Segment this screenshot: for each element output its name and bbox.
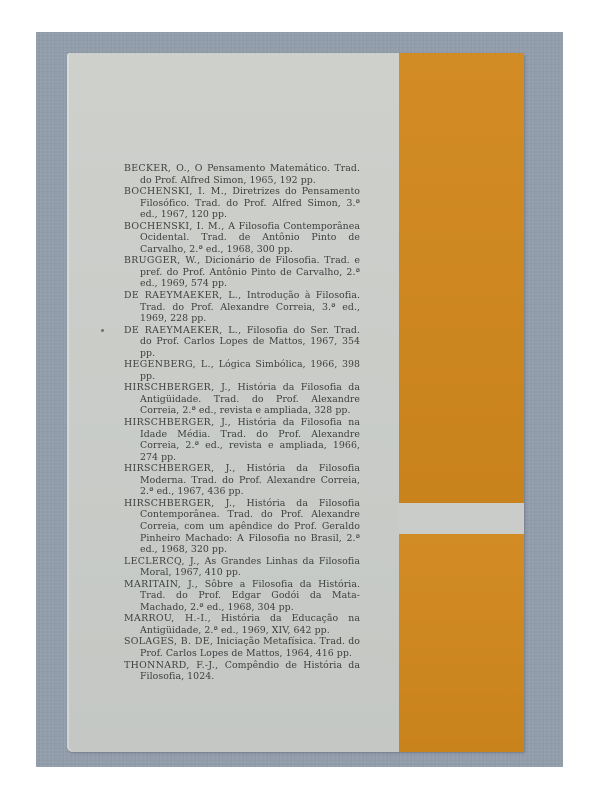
- entry-author: HEGENBERG, L.,: [124, 359, 214, 370]
- entry-author: MARROU, H.-I.,: [124, 613, 211, 624]
- book-catalog-list: BECKER, O., O Pensamento Matemático. Tra…: [124, 163, 360, 683]
- entry-author: HIRSCHBERGER, J.,: [124, 417, 231, 428]
- catalog-entry: DE RAEYMAEKER, L., Filosofia do Ser. Tra…: [124, 325, 360, 360]
- catalog-entry: HEGENBERG, L., Lógica Simbólica, 1966, 3…: [124, 359, 360, 382]
- catalog-entry: HIRSCHBERGER, J., História da Filosofia …: [124, 463, 360, 498]
- catalog-entry: LECLERCQ, J., As Grandes Linhas da Filos…: [124, 556, 360, 579]
- entry-author: BECKER, O.,: [124, 163, 190, 174]
- catalog-entry: SOLAGES, B. DE, Iniciação Metafísica. Tr…: [124, 636, 360, 659]
- entry-author: HIRSCHBERGER, J.,: [124, 498, 236, 509]
- entry-author: HIRSCHBERGER, J.,: [124, 463, 236, 474]
- entry-author: DE RAEYMAEKER, L.,: [124, 290, 241, 301]
- catalog-entry: DE RAEYMAEKER, L., Introdução à Filosofi…: [124, 290, 360, 325]
- catalog-entry: MARROU, H.-I., História da Educação na A…: [124, 613, 360, 636]
- speck-mark: [101, 329, 104, 332]
- entry-author: HIRSCHBERGER, J.,: [124, 382, 231, 393]
- catalog-entry: MARITAIN, J., Sôbre a Filosofia da Histó…: [124, 579, 360, 614]
- entry-author: LECLERCQ, J.,: [124, 556, 200, 567]
- catalog-entry: BOCHENSKI, I. M., A Filosofia Contemporâ…: [124, 221, 360, 256]
- entry-author: BOCHENSKI, I. M.,: [124, 221, 225, 232]
- orange-stripe-lower: [399, 534, 524, 752]
- entry-author: BRUGGER, W.,: [124, 255, 200, 266]
- catalog-entry: THONNARD, F.-J., Compêndio de História d…: [124, 660, 360, 683]
- entry-author: DE RAEYMAEKER, L.,: [124, 325, 241, 336]
- orange-stripe-upper: [399, 53, 524, 503]
- entry-author: BOCHENSKI, I. M.,: [124, 186, 227, 197]
- stripe-gap: [399, 503, 524, 534]
- catalog-entry: HIRSCHBERGER, J., História da Filosofia …: [124, 498, 360, 556]
- catalog-entry: HIRSCHBERGER, J., História da Filosofia …: [124, 382, 360, 417]
- entry-author: MARITAIN, J.,: [124, 579, 198, 590]
- entry-author: THONNARD, F.-J.,: [124, 660, 218, 671]
- entry-author: SOLAGES, B. DE,: [124, 636, 213, 647]
- catalog-entry: BOCHENSKI, I. M., Diretrizes do Pensamen…: [124, 186, 360, 221]
- catalog-entry: BRUGGER, W., Dicionário de Filosofia. Tr…: [124, 255, 360, 290]
- catalog-entry: BECKER, O., O Pensamento Matemático. Tra…: [124, 163, 360, 186]
- catalog-entry: HIRSCHBERGER, J., História da Filosofia …: [124, 417, 360, 463]
